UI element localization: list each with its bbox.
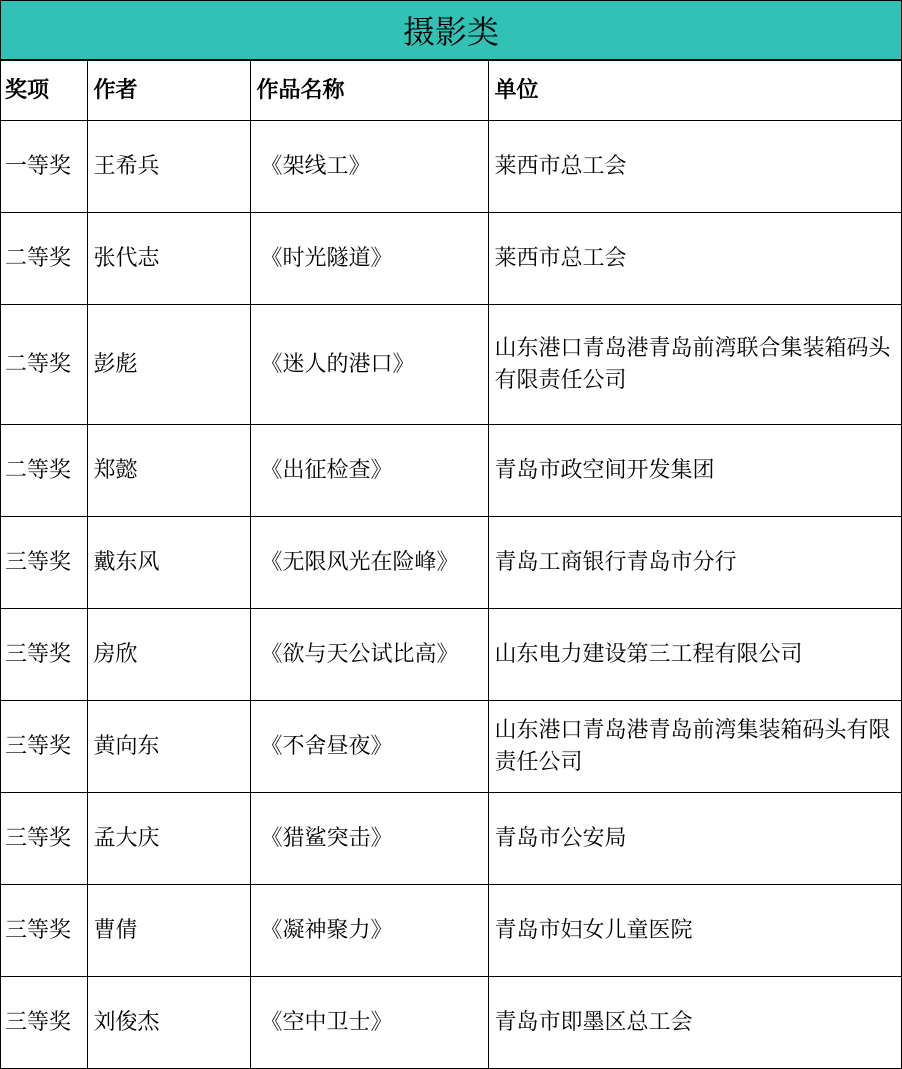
unit-cell: 青岛市即墨区总工会 [488,977,901,1069]
author-cell: 房欣 [87,609,250,701]
column-header-award: 奖项 [1,61,87,121]
table-row: 三等奖戴东风《无限风光在险峰》青岛工商银行青岛市分行 [1,517,901,609]
unit-cell: 山东电力建设第三工程有限公司 [488,609,901,701]
unit-cell: 山东港口青岛港青岛前湾集装箱码头有限责任公司 [488,701,901,793]
unit-cell: 青岛市公安局 [488,793,901,885]
column-header-unit: 单位 [488,61,901,121]
award-cell: 二等奖 [1,305,87,425]
work-cell: 《时光隧道》 [250,213,488,305]
column-header-author: 作者 [87,61,250,121]
author-cell: 郑懿 [87,425,250,517]
table-row: 二等奖彭彪《迷人的港口》山东港口青岛港青岛前湾联合集装箱码头有限责任公司 [1,305,901,425]
work-cell: 《凝神聚力》 [250,885,488,977]
award-cell: 三等奖 [1,977,87,1069]
table-row: 三等奖刘俊杰《空中卫士》青岛市即墨区总工会 [1,977,901,1069]
work-cell: 《出征检查》 [250,425,488,517]
unit-cell: 青岛市政空间开发集团 [488,425,901,517]
award-cell: 一等奖 [1,121,87,213]
award-cell: 二等奖 [1,425,87,517]
work-cell: 《不舍昼夜》 [250,701,488,793]
table-row: 三等奖曹倩《凝神聚力》青岛市妇女儿童医院 [1,885,901,977]
work-cell: 《迷人的港口》 [250,305,488,425]
award-cell: 三等奖 [1,701,87,793]
unit-cell: 青岛工商银行青岛市分行 [488,517,901,609]
awards-table: 奖项 作者 作品名称 单位 一等奖王希兵《架线工》莱西市总工会二等奖张代志《时光… [1,61,901,1069]
author-cell: 孟大庆 [87,793,250,885]
author-cell: 刘俊杰 [87,977,250,1069]
award-sheet: 摄影类 奖项 作者 作品名称 单位 一等奖王希兵《架线工》莱西市总工会二等奖张代… [0,0,902,1069]
work-cell: 《架线工》 [250,121,488,213]
table-row: 三等奖黄向东《不舍昼夜》山东港口青岛港青岛前湾集装箱码头有限责任公司 [1,701,901,793]
unit-cell: 青岛市妇女儿童医院 [488,885,901,977]
work-cell: 《空中卫士》 [250,977,488,1069]
unit-cell: 莱西市总工会 [488,213,901,305]
author-cell: 黄向东 [87,701,250,793]
award-cell: 三等奖 [1,885,87,977]
table-row: 三等奖房欣《欲与天公试比高》山东电力建设第三工程有限公司 [1,609,901,701]
author-cell: 曹倩 [87,885,250,977]
award-cell: 二等奖 [1,213,87,305]
work-cell: 《欲与天公试比高》 [250,609,488,701]
work-cell: 《猎鲨突击》 [250,793,488,885]
table-row: 二等奖郑懿《出征检查》青岛市政空间开发集团 [1,425,901,517]
author-cell: 戴东风 [87,517,250,609]
table-row: 三等奖孟大庆《猎鲨突击》青岛市公安局 [1,793,901,885]
award-cell: 三等奖 [1,793,87,885]
unit-cell: 山东港口青岛港青岛前湾联合集装箱码头有限责任公司 [488,305,901,425]
author-cell: 张代志 [87,213,250,305]
table-body: 一等奖王希兵《架线工》莱西市总工会二等奖张代志《时光隧道》莱西市总工会二等奖彭彪… [1,121,901,1069]
author-cell: 彭彪 [87,305,250,425]
author-cell: 王希兵 [87,121,250,213]
work-cell: 《无限风光在险峰》 [250,517,488,609]
header-row: 奖项 作者 作品名称 单位 [1,61,901,121]
sheet-title: 摄影类 [1,1,901,61]
award-cell: 三等奖 [1,609,87,701]
table-row: 二等奖张代志《时光隧道》莱西市总工会 [1,213,901,305]
table-row: 一等奖王希兵《架线工》莱西市总工会 [1,121,901,213]
award-cell: 三等奖 [1,517,87,609]
unit-cell: 莱西市总工会 [488,121,901,213]
column-header-work: 作品名称 [250,61,488,121]
